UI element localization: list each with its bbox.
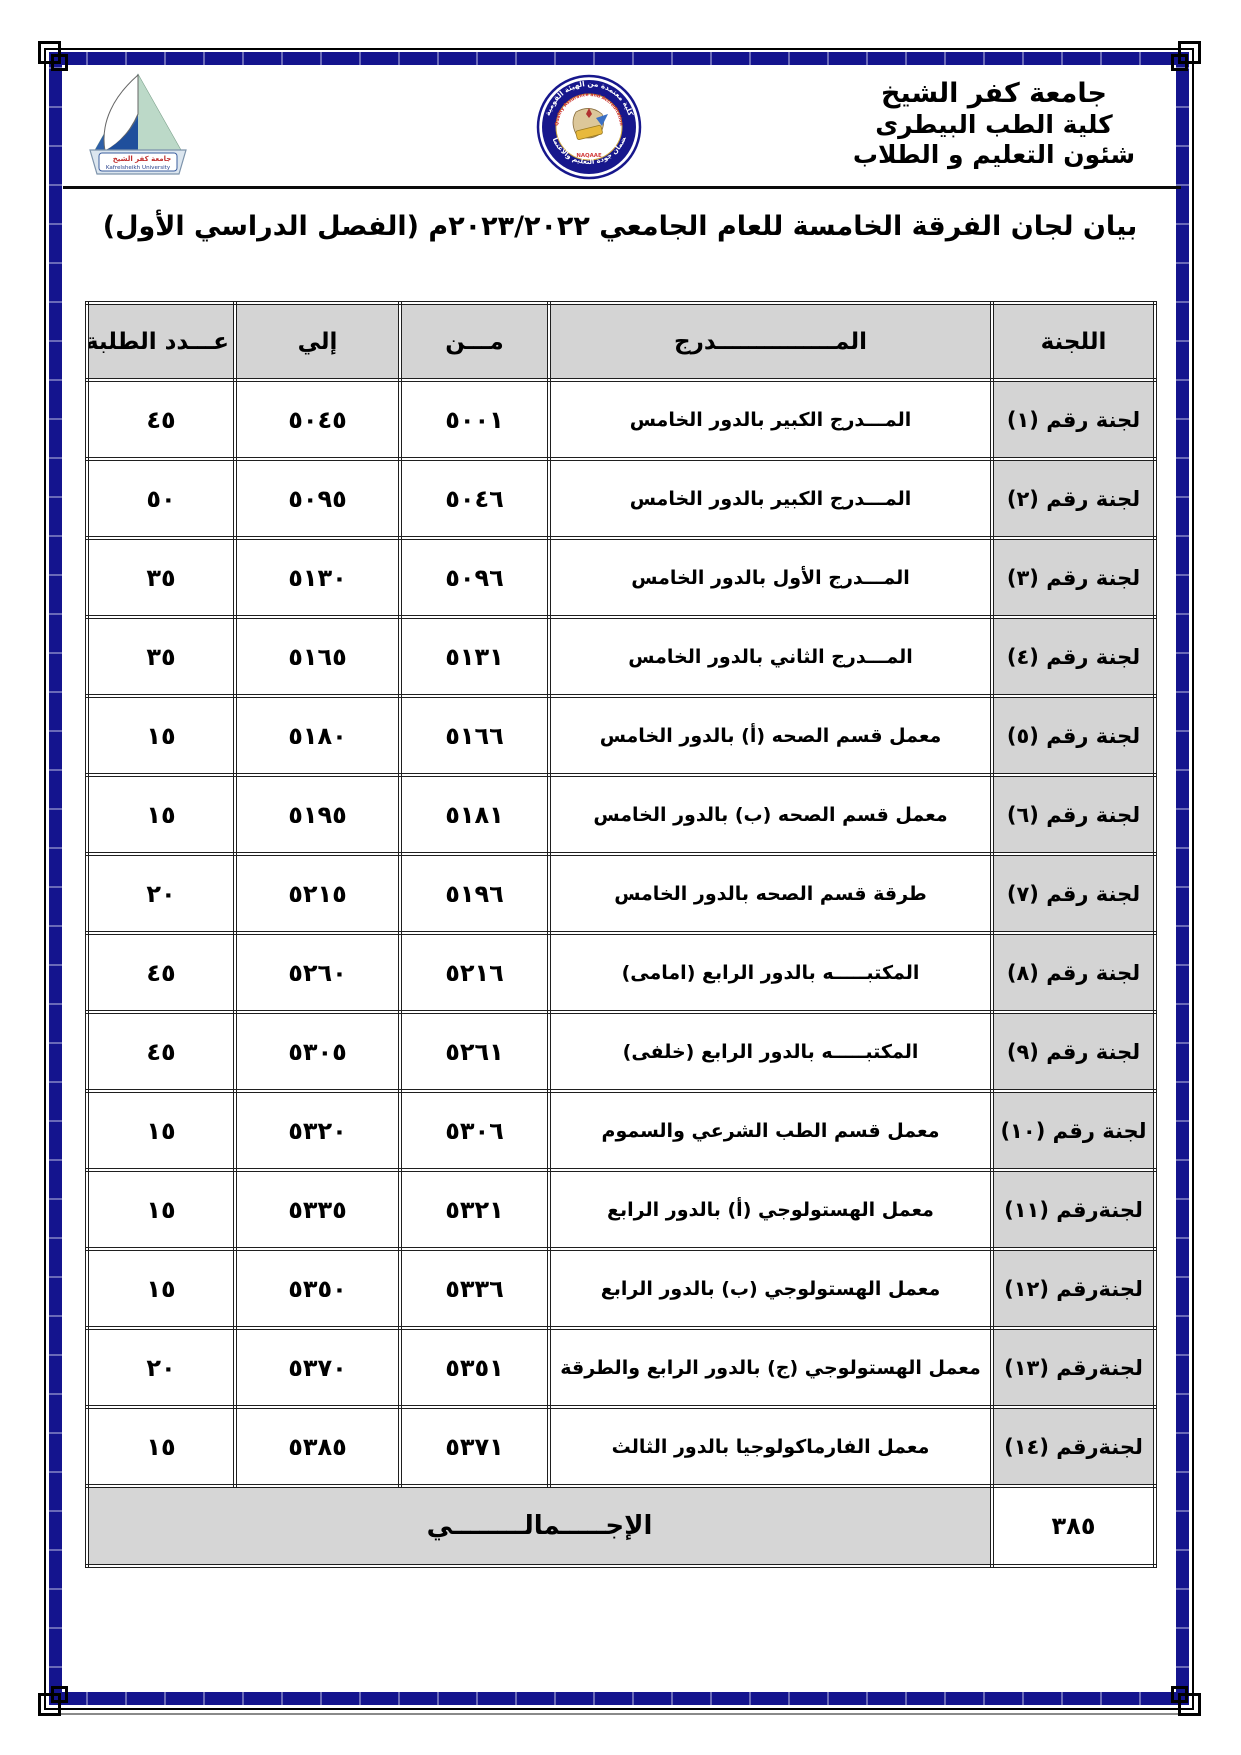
frame-bar-left xyxy=(49,52,62,1705)
table-row: لجنةرقم (١١)معمل الهستولوجي (أ) بالدور ا… xyxy=(87,1170,1155,1249)
cell-count: ١٥ xyxy=(87,1091,235,1170)
cell-hall: معمل الهستولوجي (ب) بالدور الرابع xyxy=(549,1249,992,1328)
cell-from: ٥٢١٦ xyxy=(400,933,549,1012)
cell-count: ١٥ xyxy=(87,775,235,854)
committee-rows: لجنة رقم (١)المـــدرج الكبير بالدور الخا… xyxy=(87,380,1155,1486)
cell-from: ٥٢٦١ xyxy=(400,1012,549,1091)
cell-hall: معمل الفارماكولوجيا بالدور الثالث xyxy=(549,1407,992,1486)
department-name: شئون التعليم و الطلاب xyxy=(839,140,1149,170)
cell-committee: لجنةرقم (١١) xyxy=(992,1170,1155,1249)
accreditation-seal-icon: كلية معتمدة من الهيئة القومية لضمان جودة… xyxy=(536,74,642,180)
cell-to: ٥١٨٠ xyxy=(235,696,400,775)
cell-hall: المـــدرج الكبير بالدور الخامس xyxy=(549,459,992,538)
cell-committee: لجنة رقم (١٠) xyxy=(992,1091,1155,1170)
cell-count: ١٥ xyxy=(87,1407,235,1486)
cell-count: ٤٥ xyxy=(87,933,235,1012)
total-row: ٣٨٥ الإجـــــمالــــــــي xyxy=(87,1486,1155,1566)
cell-hall: معمل قسم الصحه (ب) بالدور الخامس xyxy=(549,775,992,854)
cell-hall: معمل قسم الطب الشرعي والسموم xyxy=(549,1091,992,1170)
cell-from: ٥٠٤٦ xyxy=(400,459,549,538)
committees-table: اللجنة المـــــــــــــــدرج مـــن إلي ع… xyxy=(85,301,1157,1568)
frame-shadow-line-bottom xyxy=(42,1713,1196,1715)
cell-to: ٥٠٩٥ xyxy=(235,459,400,538)
frame-corner-ornament xyxy=(1163,1678,1203,1718)
logo-university-name-ar: جامعة كفر الشيخ xyxy=(113,155,172,163)
cell-count: ١٥ xyxy=(87,1170,235,1249)
seal-naqaae-label: NAQAAE xyxy=(576,153,602,159)
table-row: لجنة رقم (٧)طرقة قسم الصحه بالدور الخامس… xyxy=(87,854,1155,933)
cell-committee: لجنةرقم (١٣) xyxy=(992,1328,1155,1407)
cell-hall: معمل الهستولوجي (أ) بالدور الرابع xyxy=(549,1170,992,1249)
cell-from: ٥٣٥١ xyxy=(400,1328,549,1407)
cell-committee: لجنة رقم (٤) xyxy=(992,617,1155,696)
frame-outer-line-right xyxy=(1192,48,1194,1710)
header-divider xyxy=(63,186,1181,189)
cell-to: ٥٢٦٠ xyxy=(235,933,400,1012)
cell-hall: المكتبـــــه بالدور الرابع (خلفى) xyxy=(549,1012,992,1091)
cell-count: ٥٠ xyxy=(87,459,235,538)
frame-bar-right xyxy=(1176,52,1189,1705)
cell-from: ٥١٦٦ xyxy=(400,696,549,775)
faculty-name: كلية الطب البيطرى xyxy=(839,110,1149,140)
table-row: لجنةرقم (١٤)معمل الفارماكولوجيا بالدور ا… xyxy=(87,1407,1155,1486)
cell-hall: المـــدرج الأول بالدور الخامس xyxy=(549,538,992,617)
cell-hall: طرقة قسم الصحه بالدور الخامس xyxy=(549,854,992,933)
cell-from: ٥١٨١ xyxy=(400,775,549,854)
cell-to: ٥١٩٥ xyxy=(235,775,400,854)
cell-count: ١٥ xyxy=(87,1249,235,1328)
table-row: لجنة رقم (٦)معمل قسم الصحه (ب) بالدور ال… xyxy=(87,775,1155,854)
cell-from: ٥٣٢١ xyxy=(400,1170,549,1249)
cell-to: ٥٣٨٥ xyxy=(235,1407,400,1486)
cell-count: ٣٥ xyxy=(87,617,235,696)
column-header-committee: اللجنة xyxy=(992,303,1155,380)
cell-count: ٣٥ xyxy=(87,538,235,617)
cell-hall: المكتبـــــه بالدور الرابع (امامى) xyxy=(549,933,992,1012)
cell-committee: لجنة رقم (٦) xyxy=(992,775,1155,854)
cell-from: ٥١٣١ xyxy=(400,617,549,696)
frame-outer-line-left xyxy=(44,48,46,1710)
table-row: لجنة رقم (٩)المكتبـــــه بالدور الرابع (… xyxy=(87,1012,1155,1091)
table-row: لجنة رقم (٤)المـــدرج الثاني بالدور الخا… xyxy=(87,617,1155,696)
column-header-hall: المـــــــــــــــدرج xyxy=(549,303,992,380)
cell-committee: لجنةرقم (١٤) xyxy=(992,1407,1155,1486)
table-row: لجنة رقم (١٠)معمل قسم الطب الشرعي والسمو… xyxy=(87,1091,1155,1170)
cell-committee: لجنة رقم (١) xyxy=(992,380,1155,459)
cell-hall: معمل قسم الصحه (أ) بالدور الخامس xyxy=(549,696,992,775)
table-row: لجنة رقم (٢)المـــدرج الكبير بالدور الخا… xyxy=(87,459,1155,538)
frame-corner-ornament xyxy=(1163,39,1203,79)
document-page: جامعة كفر الشيخ كلية الطب البيطرى شئون ا… xyxy=(0,0,1241,1755)
university-name: جامعة كفر الشيخ xyxy=(839,78,1149,110)
cell-to: ٥٣٧٠ xyxy=(235,1328,400,1407)
cell-hall: المـــدرج الثاني بالدور الخامس xyxy=(549,617,992,696)
table-row: لجنة رقم (١)المـــدرج الكبير بالدور الخا… xyxy=(87,380,1155,459)
frame-outer-line-top xyxy=(44,48,1194,50)
column-header-from: مـــن xyxy=(400,303,549,380)
table-row: لجنة رقم (٨)المكتبـــــه بالدور الرابع (… xyxy=(87,933,1155,1012)
cell-committee: لجنة رقم (٥) xyxy=(992,696,1155,775)
cell-from: ٥٠٠١ xyxy=(400,380,549,459)
column-header-to: إلي xyxy=(235,303,400,380)
cell-from: ٥٣٠٦ xyxy=(400,1091,549,1170)
cell-committee: لجنة رقم (٢) xyxy=(992,459,1155,538)
total-count-cell: ٣٨٥ xyxy=(992,1486,1155,1566)
document-title: بيان لجان الفرقة الخامسة للعام الجامعي ٢… xyxy=(60,202,1180,252)
cell-count: ١٥ xyxy=(87,696,235,775)
cell-to: ٥١٣٠ xyxy=(235,538,400,617)
cell-committee: لجنة رقم (٨) xyxy=(992,933,1155,1012)
table-row: لجنةرقم (١٣)معمل الهستولوجي (ج) بالدور ا… xyxy=(87,1328,1155,1407)
cell-count: ٤٥ xyxy=(87,1012,235,1091)
cell-to: ٥٢١٥ xyxy=(235,854,400,933)
cell-to: ٥٣٣٥ xyxy=(235,1170,400,1249)
letterhead-text: جامعة كفر الشيخ كلية الطب البيطرى شئون ا… xyxy=(839,78,1149,170)
cell-to: ٥٣٢٠ xyxy=(235,1091,400,1170)
cell-from: ٥٣٧١ xyxy=(400,1407,549,1486)
cell-to: ٥١٦٥ xyxy=(235,617,400,696)
frame-bar-bottom xyxy=(49,1692,1189,1705)
table-row: لجنةرقم (١٢)معمل الهستولوجي (ب) بالدور ا… xyxy=(87,1249,1155,1328)
cell-count: ٢٠ xyxy=(87,1328,235,1407)
cell-committee: لجنةرقم (١٢) xyxy=(992,1249,1155,1328)
cell-from: ٥٠٩٦ xyxy=(400,538,549,617)
cell-committee: لجنة رقم (٣) xyxy=(992,538,1155,617)
cell-to: ٥٣٠٥ xyxy=(235,1012,400,1091)
cell-committee: لجنة رقم (٩) xyxy=(992,1012,1155,1091)
table-row: لجنة رقم (٣)المـــدرج الأول بالدور الخام… xyxy=(87,538,1155,617)
cell-count: ٤٥ xyxy=(87,380,235,459)
cell-count: ٢٠ xyxy=(87,854,235,933)
frame-outer-line-bottom xyxy=(44,1708,1194,1710)
cell-to: ٥٠٤٥ xyxy=(235,380,400,459)
cell-from: ٥٣٣٦ xyxy=(400,1249,549,1328)
column-header-count: عـــدد الطلبة xyxy=(87,303,235,380)
cell-to: ٥٣٥٠ xyxy=(235,1249,400,1328)
university-logo-icon: جامعة كفر الشيخ Kafrelsheikh University xyxy=(82,70,194,180)
frame-bar-top xyxy=(49,52,1189,65)
cell-committee: لجنة رقم (٧) xyxy=(992,854,1155,933)
table-header-row: اللجنة المـــــــــــــــدرج مـــن إلي ع… xyxy=(87,303,1155,380)
frame-corner-ornament xyxy=(36,39,76,79)
table-row: لجنة رقم (٥)معمل قسم الصحه (أ) بالدور ال… xyxy=(87,696,1155,775)
logo-university-name-en: Kafrelsheikh University xyxy=(106,165,171,171)
total-label-cell: الإجـــــمالــــــــي xyxy=(87,1486,992,1566)
cell-hall: معمل الهستولوجي (ج) بالدور الرابع والطرق… xyxy=(549,1328,992,1407)
cell-from: ٥١٩٦ xyxy=(400,854,549,933)
frame-corner-ornament xyxy=(36,1678,76,1718)
cell-hall: المـــدرج الكبير بالدور الخامس xyxy=(549,380,992,459)
